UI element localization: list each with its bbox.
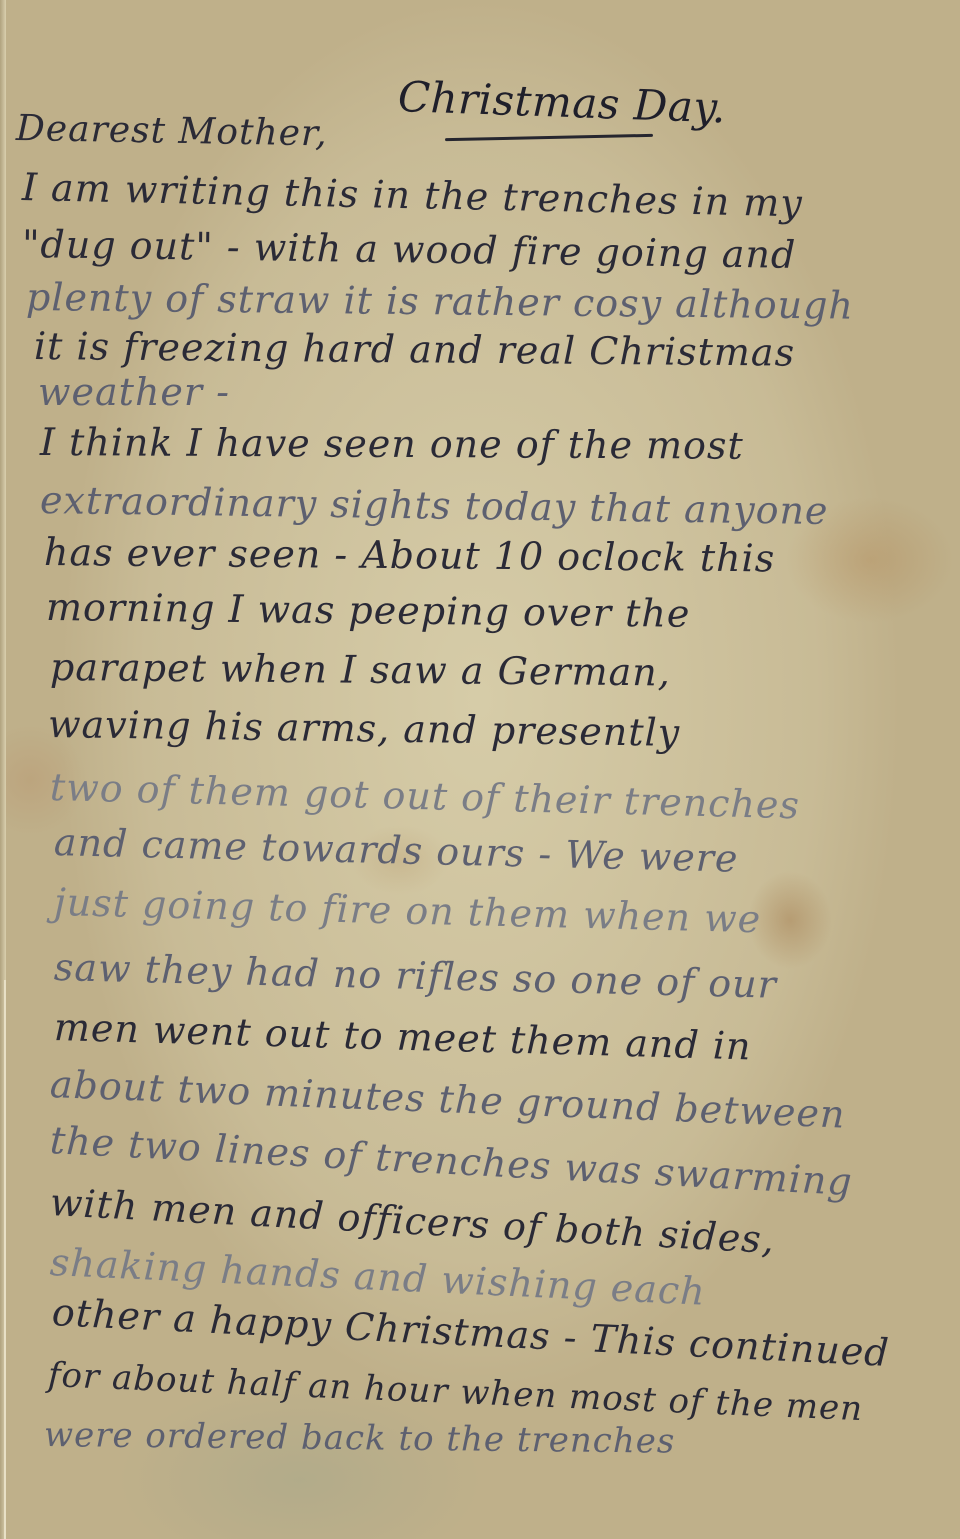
letter-line: plenty of straw it is rather cosy althou… — [26, 275, 854, 328]
letter-line: I think I have seen one of the most — [40, 420, 744, 468]
letter-title: Christmas Day. — [397, 72, 727, 132]
letter-line: has ever seen - About 10 oclock this — [44, 530, 776, 580]
letter-line: it is freezing hard and real Christmas — [34, 324, 795, 375]
paper-edge — [0, 0, 6, 1539]
letter-line: two of them got out of their trenches — [49, 765, 800, 827]
letter-line: I am writing this in the trenches in my — [22, 165, 804, 225]
letter-line: "dug out" - with a wood fire going and — [22, 222, 797, 277]
letter-line: waving his arms, and presently — [48, 702, 681, 755]
letter-line: weather - — [38, 370, 230, 414]
letter-line: and came towards ours - We were — [53, 820, 739, 881]
letter-line: men went out to meet them and in — [53, 1005, 752, 1068]
letter-line: were ordered back to the trenches — [44, 1415, 676, 1462]
salutation: Dearest Mother, — [16, 108, 328, 154]
letter-line: morning I was peeping over the — [46, 585, 691, 636]
letter-line: just going to fire on them when we — [53, 880, 761, 941]
letter-line: saw they had no rifles so one of our — [53, 945, 777, 1007]
letter-line: parapet when I saw a German, — [50, 645, 671, 694]
letter-page: Christmas Day. Dearest Mother, I am writ… — [0, 0, 960, 1539]
title-underline — [445, 134, 653, 141]
letter-line: extraordinary sights today that anyone — [40, 478, 829, 533]
